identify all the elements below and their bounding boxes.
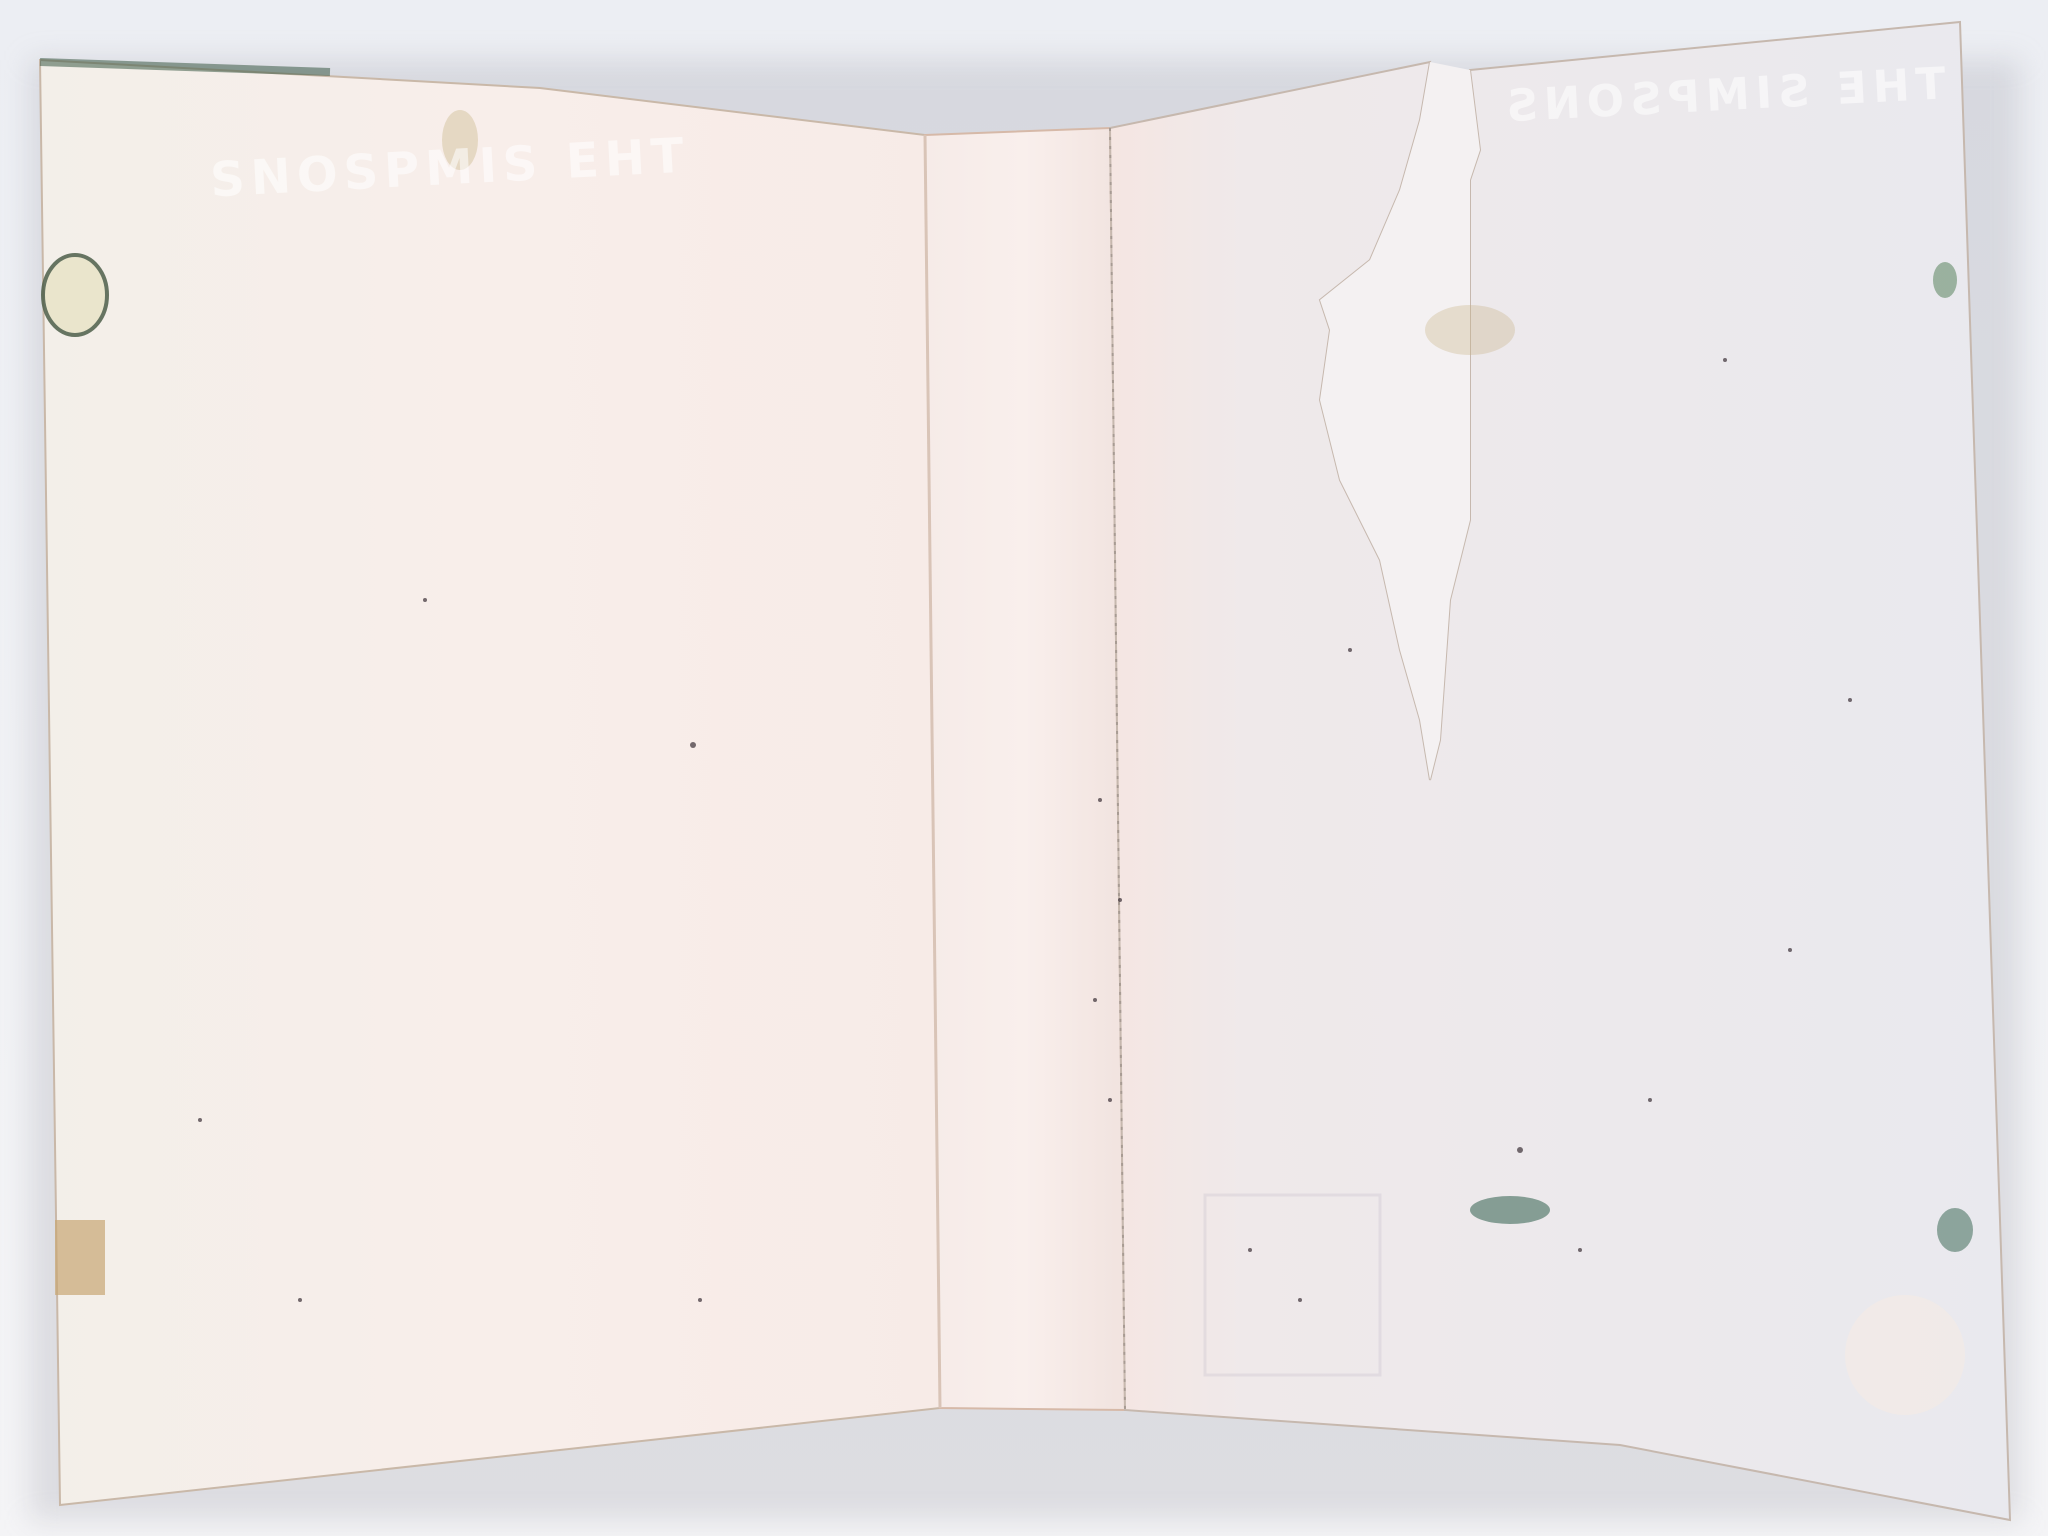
right-panel [1110, 22, 2010, 1520]
left-panel [40, 60, 940, 1505]
logo-ghost [1845, 1295, 1965, 1415]
folded-paper [0, 0, 2048, 1536]
